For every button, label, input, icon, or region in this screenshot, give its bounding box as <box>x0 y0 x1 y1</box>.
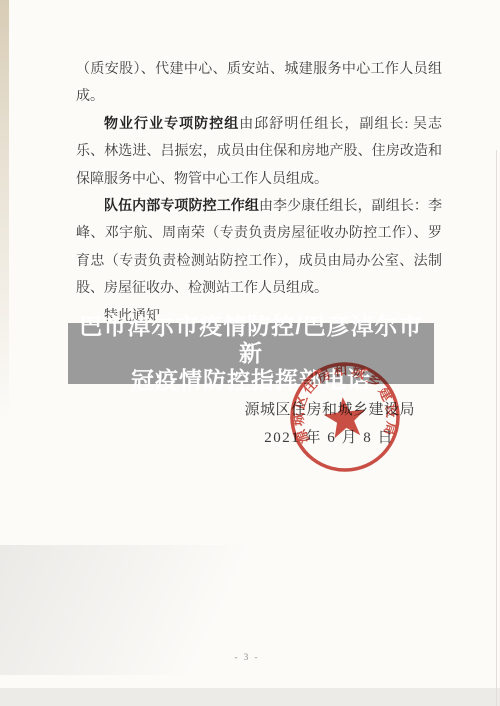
headline-banner: 巴市淖尔市疫情防控/巴彦淖尔市新 冠疫情防控指挥部电话 <box>68 323 434 384</box>
scan-edge-line-right <box>496 150 497 706</box>
scan-shade-bottom <box>0 688 500 706</box>
signature-organization: 源城区住房和城乡建设局 <box>244 398 415 419</box>
paragraph-lead: 队伍内部专项防控工作组 <box>104 199 259 214</box>
headline-line1: 巴市淖尔市疫情防控/巴彦淖尔市新 <box>68 313 434 367</box>
paragraph-lead: 物业行业专项防控组 <box>104 117 239 132</box>
signature-date: 2021 年 6 月 8 日 <box>264 426 394 447</box>
paragraph-text: （质安股）、代建中心、质安站、城建服务中心工作人员组成。 <box>76 62 442 104</box>
scanned-document-page: （质安股）、代建中心、质安站、城建服务中心工作人员组成。 物业行业专项防控组由邱… <box>0 0 500 706</box>
document-body: （质安股）、代建中心、质安站、城建服务中心工作人员组成。 物业行业专项防控组由邱… <box>76 56 442 330</box>
paragraph: 物业行业专项防控组由邱舒明任组长，副组长: 吴志乐、林选进、吕振宏，成员由住保和… <box>76 111 442 193</box>
page-number: - 3 - <box>0 652 494 662</box>
paragraph: （质安股）、代建中心、质安站、城建服务中心工作人员组成。 <box>76 56 442 111</box>
scan-edge-shadow-left <box>0 0 9 420</box>
headline-line2: 冠疫情防控指挥部电话 <box>68 367 434 394</box>
paragraph: 队伍内部专项防控工作组由李少康任组长，副组长：李峰、邓宇航、周南荣（专责负责房屋… <box>76 193 442 303</box>
